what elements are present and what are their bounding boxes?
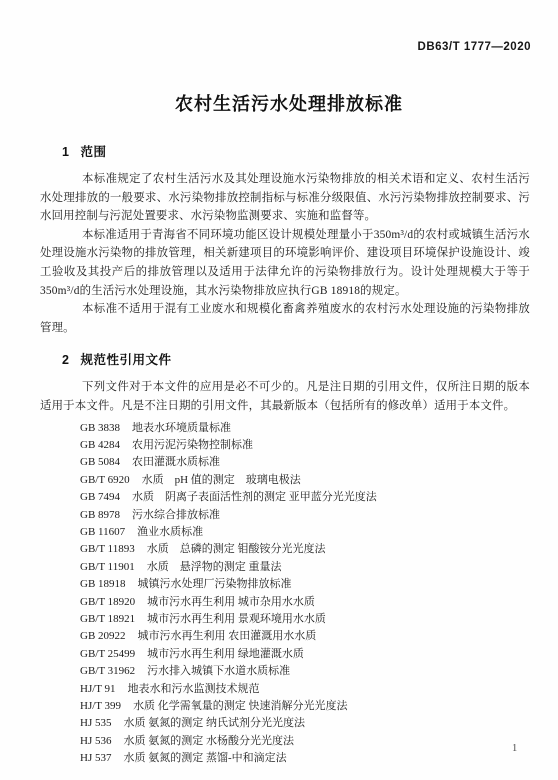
reference-title: 城镇污水处理厂污染物排放标准 — [138, 578, 292, 590]
reference-item: GB/T 6920水质 pH 值的测定 玻璃电极法 — [80, 472, 530, 489]
reference-code: GB 8978 — [80, 509, 120, 521]
section-1-title: 范围 — [80, 145, 106, 159]
reference-code: GB/T 11901 — [80, 561, 135, 573]
page-number: 1 — [512, 743, 517, 754]
reference-code: GB 20922 — [80, 630, 126, 642]
document-title: 农村生活污水处理排放标准 — [10, 90, 558, 116]
reference-title: 水质 阴离子表面活性剂的测定 亚甲蓝分光光度法 — [132, 491, 377, 503]
reference-code: GB/T 31962 — [80, 665, 135, 677]
reference-item: HJ 537水质 氨氮的测定 蒸馏-中和滴定法 — [80, 750, 530, 767]
reference-code: GB/T 18921 — [80, 613, 135, 625]
reference-title: 渔业水质标准 — [137, 526, 203, 538]
section-1-number: 1 — [62, 145, 69, 159]
reference-title: 水质 悬浮物的测定 重量法 — [147, 561, 282, 573]
reference-item: GB/T 31962污水排入城镇下水道水质标准 — [80, 663, 530, 680]
reference-code: GB 18918 — [80, 578, 126, 590]
reference-code: GB 5084 — [80, 456, 120, 468]
reference-code: GB/T 18920 — [80, 596, 135, 608]
paragraph-references-intro: 下列文件对于本文件的应用是必不可少的。凡是注日期的引用文件，仅所注日期的版本适用… — [40, 378, 530, 415]
reference-item: GB 18918城镇污水处理厂污染物排放标准 — [80, 576, 530, 593]
section-2-heading: 2规范性引用文件 — [62, 350, 530, 368]
reference-item: GB 11607渔业水质标准 — [80, 524, 530, 541]
reference-code: GB 11607 — [80, 526, 125, 538]
reference-item: GB/T 25499城市污水再生利用 绿地灌溉水质 — [80, 646, 530, 663]
section-2-number: 2 — [62, 353, 69, 367]
reference-item: GB 4284农用污泥污染物控制标准 — [80, 437, 530, 454]
reference-title: 农田灌溉水质标准 — [132, 456, 220, 468]
reference-item: GB/T 11901水质 悬浮物的测定 重量法 — [80, 559, 530, 576]
reference-item: GB/T 11893水质 总磷的测定 钼酸铵分光光度法 — [80, 541, 530, 558]
paragraph-scope-1: 本标准规定了农村生活污水及其处理设施水污染物排放的相关术语和定义、农村生活污水处… — [40, 170, 530, 226]
reference-item: GB/T 18921城市污水再生利用 景观环境用水水质 — [80, 611, 530, 628]
reference-code: GB/T 25499 — [80, 648, 135, 660]
reference-code: HJ/T 399 — [80, 700, 121, 712]
reference-item: GB 7494水质 阴离子表面活性剂的测定 亚甲蓝分光光度法 — [80, 489, 530, 506]
reference-title: 污水综合排放标准 — [132, 509, 220, 521]
reference-title: 城市污水再生利用 农田灌溉用水水质 — [138, 630, 317, 642]
reference-item: GB 20922城市污水再生利用 农田灌溉用水水质 — [80, 628, 530, 645]
section-1-heading: 1范围 — [62, 142, 530, 160]
reference-title: 农用污泥污染物控制标准 — [132, 439, 253, 451]
reference-title: 城市污水再生利用 城市杂用水水质 — [147, 596, 315, 608]
reference-title: 水质 氨氮的测定 蒸馏-中和滴定法 — [123, 752, 286, 764]
reference-item: GB 5084农田灌溉水质标准 — [80, 454, 530, 471]
reference-code: GB 7494 — [80, 491, 120, 503]
reference-code: GB 3838 — [80, 422, 120, 434]
reference-item: GB 8978污水综合排放标准 — [80, 507, 530, 524]
reference-item: HJ/T 399水质 化学需氧量的测定 快速消解分光光度法 — [80, 698, 530, 715]
reference-title: 水质 化学需氧量的测定 快速消解分光光度法 — [133, 700, 348, 712]
reference-title: 城市污水再生利用 绿地灌溉水质 — [147, 648, 304, 660]
reference-code: HJ 537 — [80, 752, 111, 764]
reference-title: 地表水和污水监测技术规范 — [128, 683, 260, 695]
reference-item: HJ/T 91地表水和污水监测技术规范 — [80, 681, 530, 698]
reference-item: GB/T 18920城市污水再生利用 城市杂用水水质 — [80, 594, 530, 611]
reference-code: GB/T 11893 — [80, 543, 135, 555]
reference-title: 水质 pH 值的测定 玻璃电极法 — [142, 474, 301, 486]
reference-title: 地表水环境质量标准 — [132, 422, 231, 434]
paragraph-scope-2: 本标准适用于青海省不同环境功能区设计规模处理量小于350m³/d的农村或城镇生活… — [40, 226, 530, 300]
reference-code: HJ 536 — [80, 735, 111, 747]
references-list: GB 3838地表水环境质量标准 GB 4284农用污泥污染物控制标准 GB 5… — [40, 420, 530, 768]
reference-title: 城市污水再生利用 景观环境用水水质 — [147, 613, 326, 625]
reference-code: GB 4284 — [80, 439, 120, 451]
paragraph-scope-3: 本标准不适用于混有工业废水和规模化畜禽养殖废水的农村污水处理设施的污染物排放管理… — [40, 300, 530, 337]
reference-code: HJ 535 — [80, 717, 111, 729]
reference-title: 水质 总磷的测定 钼酸铵分光光度法 — [147, 543, 326, 555]
reference-code: HJ/T 91 — [80, 683, 116, 695]
reference-title: 水质 氨氮的测定 水杨酸分光光度法 — [123, 735, 294, 747]
document-page: DB63/T 1777—2020 农村生活污水处理排放标准 1范围 本标准规定了… — [0, 0, 558, 780]
reference-code: GB/T 6920 — [80, 474, 130, 486]
section-2-title: 规范性引用文件 — [80, 353, 171, 367]
reference-item: GB 3838地表水环境质量标准 — [80, 420, 530, 437]
reference-title: 污水排入城镇下水道水质标准 — [147, 665, 290, 677]
reference-item: HJ 536水质 氨氮的测定 水杨酸分光光度法 — [80, 733, 530, 750]
reference-item: HJ 535水质 氨氮的测定 纳氏试剂分光光度法 — [80, 715, 530, 732]
standard-code: DB63/T 1777—2020 — [418, 41, 531, 53]
reference-title: 水质 氨氮的测定 纳氏试剂分光光度法 — [123, 717, 305, 729]
document-content: 1范围 本标准规定了农村生活污水及其处理设施水污染物排放的相关术语和定义、农村生… — [40, 142, 530, 768]
